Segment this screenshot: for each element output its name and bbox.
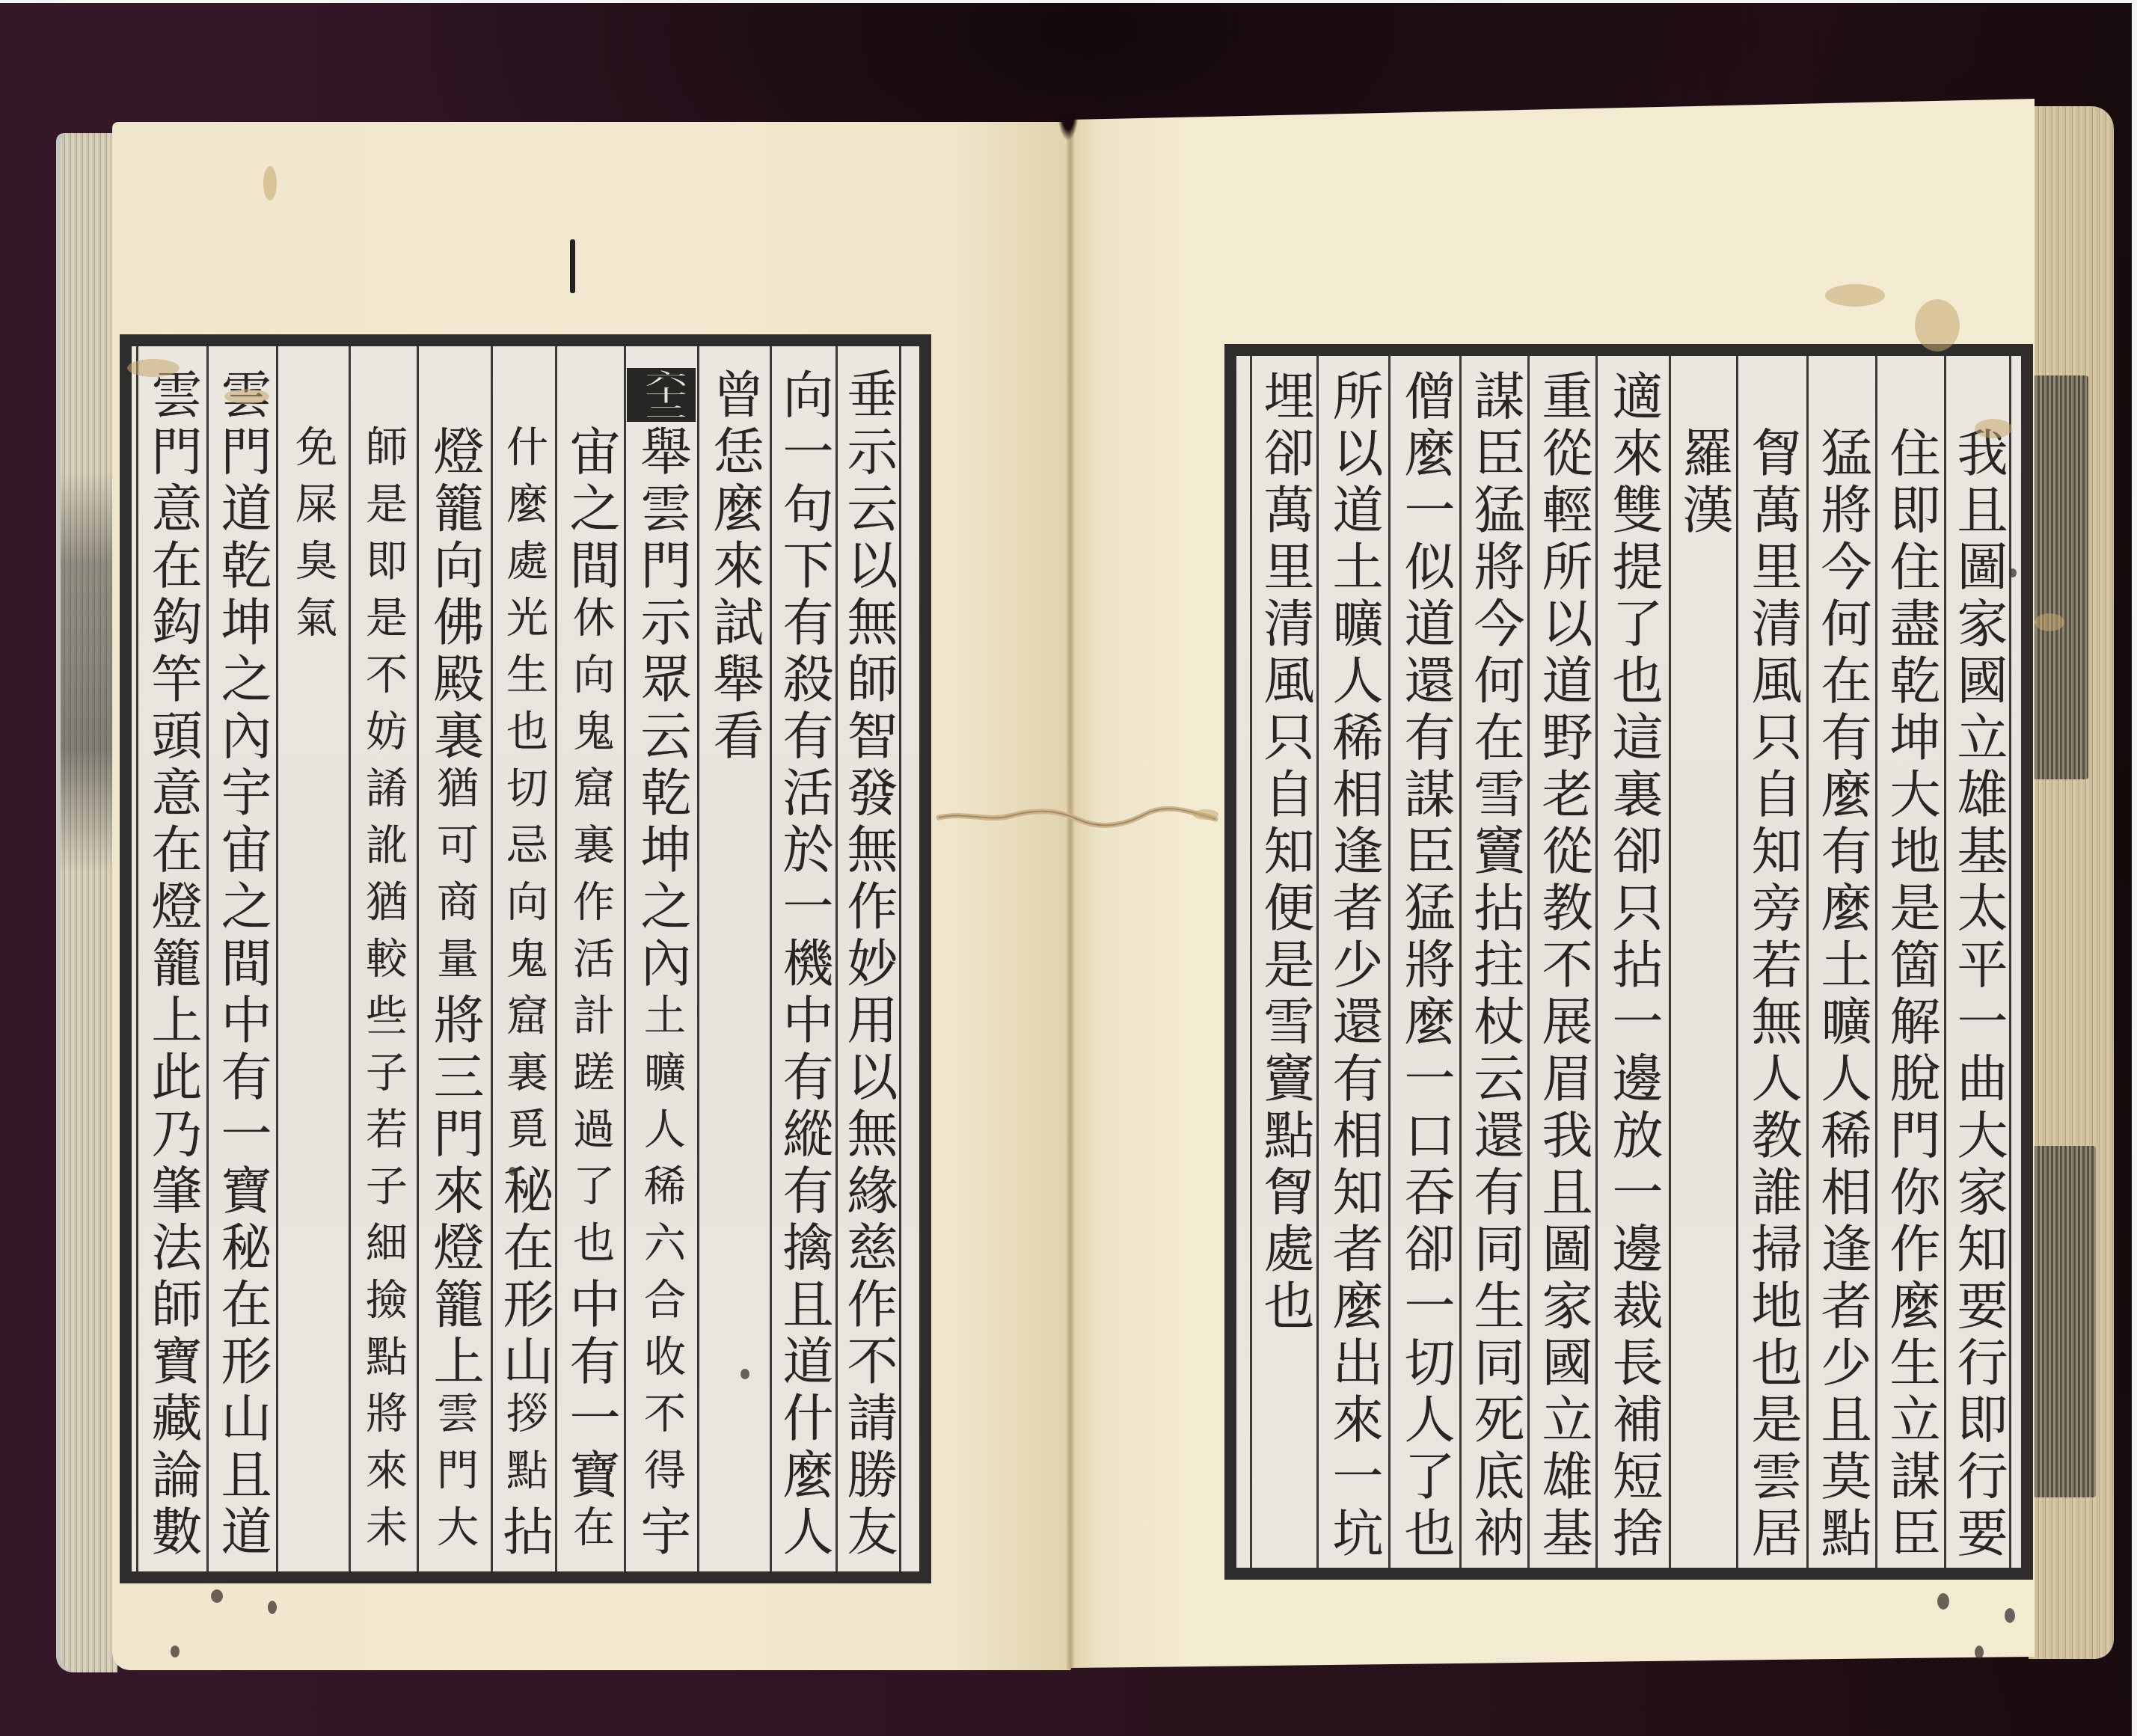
- main-text: 埋卻萬里清風只自知便是雪竇點胷處也: [1255, 369, 1314, 1336]
- case-number-text: 六十二: [640, 370, 682, 420]
- water-stain: [127, 359, 180, 377]
- left-page-column: 什麼處光生也切忌向鬼窟裏覓秘在形山拶點拈: [492, 425, 555, 1651]
- commentary-text: 拶點: [500, 1391, 548, 1505]
- column-rule: [697, 346, 699, 1571]
- wormhole-speck: [268, 1601, 277, 1614]
- main-text: 重從輕所以道野老從教不展眉我且圖家國立雄基: [1533, 369, 1592, 1563]
- wormhole-speck: [509, 1167, 516, 1176]
- main-text: 舉雲門示眾云乾坤之內: [632, 425, 691, 993]
- column-rule: [2009, 356, 2011, 1568]
- commentary-text: 什麼處光生也切忌向鬼窟裏覓: [500, 425, 548, 1164]
- main-text: 拈: [494, 1505, 554, 1562]
- main-text: 我且圖家國立雄基太平一曲大家知要行即行要: [1949, 426, 2008, 1563]
- left-page-column: 雲門道乾坤之內宇宙之間中有一寶秘在形山且道: [210, 368, 273, 1595]
- column-rule: [1669, 356, 1671, 1568]
- left-page-column: 師是即是不妨誵訛猶較些子若子細撿點將來未: [352, 425, 414, 1651]
- main-text: 適來雙提了也這裏卻只拈一邊放一邊裁長補短捨: [1604, 369, 1663, 1563]
- water-stain: [1193, 809, 1218, 820]
- image-border-top: [0, 0, 2137, 3]
- main-text: 垂示云以無師智發無作妙用以無緣慈作不請勝友: [838, 368, 898, 1562]
- main-text: 謀臣猛將今何在雪竇拈拄杖云還有同生同死底衲: [1465, 369, 1524, 1563]
- column-rule: [349, 346, 351, 1571]
- right-page-column: 羅漢: [1672, 426, 1735, 1653]
- left-page-column: 免屎臭氣: [281, 425, 344, 1651]
- wormhole-speck: [2005, 1608, 2015, 1623]
- column-rule: [417, 346, 419, 1571]
- left-page-column: 曾恁麼來試舉看: [702, 368, 765, 1595]
- commentary-text: 雲門大: [430, 1391, 479, 1562]
- ink-mark: [570, 239, 575, 293]
- wormhole-speck: [171, 1645, 180, 1657]
- column-rule: [136, 346, 138, 1571]
- column-rule: [1595, 356, 1598, 1568]
- right-page-column: 重從輕所以道野老從教不展眉我且圖家國立雄基: [1531, 369, 1594, 1596]
- gutter-notch: [1058, 112, 1079, 141]
- left-page-column: 向一句下有殺有活於一機中有縱有擒且道什麼人: [772, 368, 835, 1595]
- water-stain: [263, 166, 277, 200]
- main-text: 宇: [632, 1505, 691, 1562]
- right-page-column: 所以道土曠人稀相逢者少還有相知者麼出來一坑: [1322, 369, 1385, 1596]
- wormhole-speck: [211, 1589, 223, 1603]
- main-text: 秘在形山: [494, 1164, 554, 1391]
- main-text: 雲門道乾坤之內宇宙之間中有一寶秘在形山且道: [212, 368, 272, 1562]
- main-text: 僧麼一似道還有謀臣猛將麼一口吞卻一切人了也: [1396, 369, 1455, 1563]
- main-text: 宙之間: [561, 425, 620, 595]
- water-stain: [1915, 299, 1960, 352]
- column-rule: [555, 346, 557, 1571]
- column-rule: [624, 346, 626, 1571]
- main-text: 猛將今何在有麼有麼土曠人稀相逢者少且莫點: [1812, 426, 1871, 1563]
- left-page-column: 垂示云以無師智發無作妙用以無緣慈作不請勝友: [836, 368, 899, 1595]
- column-rule: [1736, 356, 1738, 1568]
- column-rule: [1459, 356, 1462, 1568]
- right-page-column: 僧麼一似道還有謀臣猛將麼一口吞卻一切人了也: [1394, 369, 1456, 1596]
- commentary-text: 免屎臭氣: [289, 425, 337, 652]
- column-rule: [206, 346, 209, 1571]
- column-rule: [1875, 356, 1877, 1568]
- column-rule: [1388, 356, 1391, 1568]
- case-number-label: 六十二: [627, 368, 696, 422]
- commentary-text: 在: [566, 1505, 615, 1562]
- left-page-column: 雲門意在鈎竿頭意在燈籠上此乃肇法師寶藏論數: [141, 368, 203, 1595]
- ink-smudge: [2029, 1146, 2096, 1497]
- main-text: 向一句下有殺有活於一機中有縱有擒且道什麼人: [774, 368, 833, 1562]
- column-rule: [276, 346, 278, 1571]
- wormhole-speck: [1975, 1645, 1984, 1659]
- right-page-column: 胷萬里清風只自知旁若無人教誰掃地也是雲居: [1741, 426, 1803, 1653]
- left-page-column: 宙之間休向鬼窟裏作活計蹉過了也中有一寶在: [559, 425, 622, 1651]
- main-text: 曾恁麼來試舉看: [705, 368, 764, 766]
- commentary-text: 師是即是不妨誵訛猶較些子若子細撿點將來未: [359, 425, 408, 1562]
- column-rule: [1316, 356, 1319, 1568]
- column-rule: [1527, 356, 1530, 1568]
- commentary-text: 休向鬼窟裏作活計蹉過了也: [566, 595, 615, 1278]
- gutter-fold: [1067, 120, 1074, 1669]
- main-text: 燈籠向佛殿裏: [425, 425, 484, 766]
- main-text: 雲門意在鈎竿頭意在燈籠上此乃肇法師寶藏論數: [143, 368, 202, 1562]
- water-stain: [224, 389, 269, 404]
- open-book-spread: 垂示云以無師智發無作妙用以無緣慈作不請勝友 向一句下有殺有活於一機中有縱有擒且道…: [0, 0, 2137, 1736]
- right-page-column: 住即住盡乾坤大地是箇解脫門你作麼生立謀臣: [1879, 426, 1942, 1653]
- column-rule: [1250, 356, 1252, 1568]
- left-page-column: 舉雲門示眾云乾坤之內土曠人稀六合收不得宇: [630, 425, 693, 1651]
- ink-smudge: [2029, 375, 2088, 779]
- main-text: 羅漢: [1674, 426, 1733, 540]
- wormhole-speck: [1937, 1593, 1949, 1610]
- right-page-edges: [2029, 106, 2114, 1659]
- column-rule: [899, 346, 901, 1571]
- main-text: 住即住盡乾坤大地是箇解脫門你作麼生立謀臣: [1881, 426, 1940, 1563]
- water-stain: [2035, 613, 2064, 631]
- right-page-column: 埋卻萬里清風只自知便是雪竇點胷處也: [1253, 369, 1316, 1596]
- commentary-text: 猶可商量: [430, 766, 479, 993]
- main-text: 胷萬里清風只自知旁若無人教誰掃地也是雲居: [1743, 426, 1802, 1563]
- left-page-column: 燈籠向佛殿裏猶可商量將三門來燈籠上雲門大: [423, 425, 485, 1651]
- commentary-text: 土曠人稀六合收不得: [637, 993, 686, 1505]
- water-stain: [1975, 419, 2012, 438]
- main-text: 中有一寶: [561, 1278, 620, 1505]
- left-page-edges: [56, 133, 117, 1672]
- main-text: 將三門來燈籠上: [425, 993, 484, 1391]
- wormhole-speck: [741, 1369, 749, 1379]
- right-page-column: 猛將今何在有麼有麼土曠人稀相逢者少且莫點: [1810, 426, 1873, 1653]
- right-page-column: 我且圖家國立雄基太平一曲大家知要行即行要: [1946, 426, 2009, 1653]
- water-stain: [1825, 284, 1885, 307]
- main-text: 所以道土曠人稀相逢者少還有相知者麼出來一坑: [1324, 369, 1383, 1563]
- binding-thread: [935, 789, 1219, 841]
- column-rule: [1806, 356, 1809, 1568]
- wormhole-speck: [2009, 568, 2017, 577]
- right-page-column: 適來雙提了也這裏卻只拈一邊放一邊裁長補短捨: [1601, 369, 1664, 1596]
- right-page-column: 謀臣猛將今何在雪竇拈拄杖云還有同生同死底衲: [1463, 369, 1526, 1596]
- image-border-right: [2132, 0, 2137, 1736]
